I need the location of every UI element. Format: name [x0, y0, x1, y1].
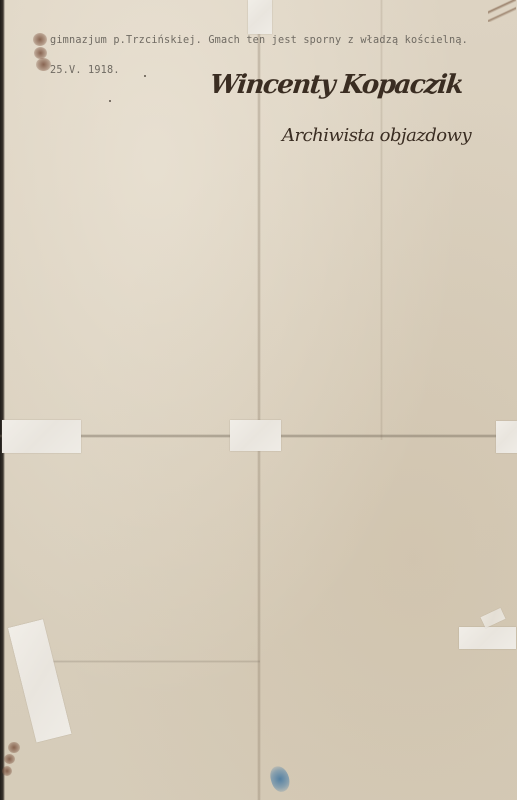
corner-ink-marks [488, 0, 516, 22]
rust-stain [2, 766, 12, 776]
scan-left-edge [0, 0, 5, 800]
handwritten-signature: Wincenty Kopaczik [208, 70, 464, 100]
stray-mark [144, 75, 146, 77]
typed-line-1: gimnazjum p.Trzcińskiej. Gmach ten jest … [50, 35, 468, 46]
tape-strip-lower-right [459, 627, 516, 649]
rust-stain [4, 754, 15, 764]
tape-strip-right-fold [496, 421, 517, 453]
tape-strip-center-fold [230, 420, 281, 451]
rust-stain [8, 742, 20, 753]
handwritten-title: Archiwista objazdowy [282, 125, 471, 146]
vertical-fold-line [257, 0, 261, 800]
rust-stain [36, 58, 51, 71]
stray-mark [109, 100, 111, 102]
document-page: gimnazjum p.Trzcińskiej. Gmach ten jest … [0, 0, 517, 800]
lower-crease [40, 660, 260, 663]
tape-strip-top [248, 0, 272, 34]
typed-date: 25.V. 1918. [50, 65, 120, 76]
tape-strip-left-fold [2, 420, 81, 453]
tape-strip-lower-left [8, 619, 71, 742]
tape-fragment-lower-right [480, 608, 505, 628]
rust-stain [33, 33, 47, 46]
blue-ink-stain [268, 764, 292, 794]
secondary-vertical-fold [380, 0, 383, 440]
